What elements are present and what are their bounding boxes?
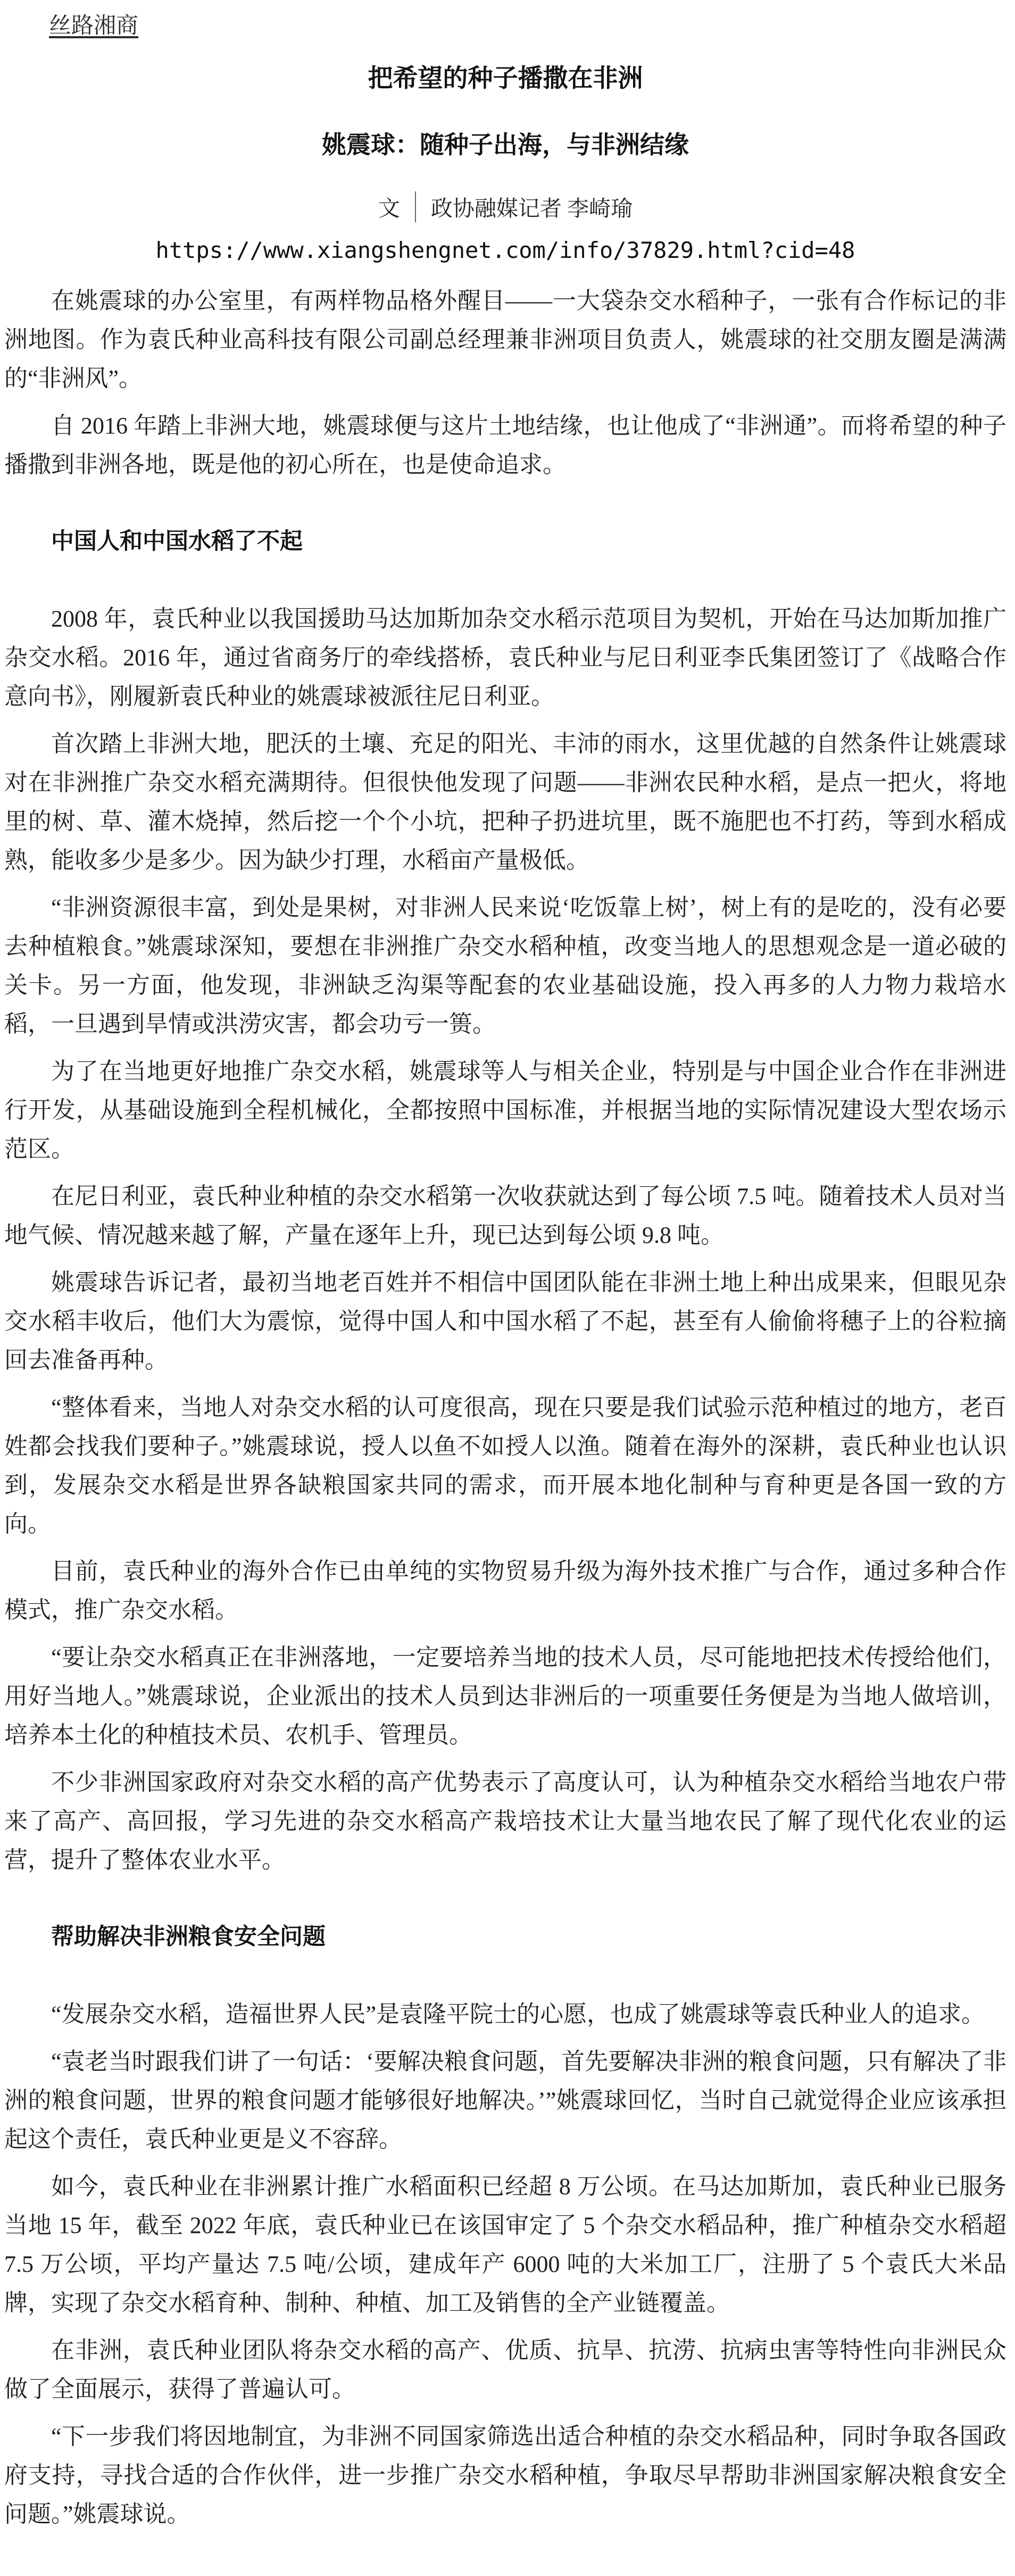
article-paragraph: “袁老当时跟我们讲了一句话：‘要解决粮食问题，首先要解决非洲的粮食问题，只有解决… [4,2042,1006,2159]
source-url[interactable]: https://www.xiangshengnet.com/info/37829… [4,237,1006,263]
article-paragraph: 不少非洲国家政府对杂交水稻的高产优势表示了高度认可，认为种植杂交水稻给当地农户带… [4,1763,1006,1879]
article-paragraph: “发展杂交水稻，造福世界人民”是袁隆平院士的心愿，也成了姚震球等袁氏种业人的追求… [4,1995,1006,2034]
brand-label: 丝路湘商 [49,13,138,39]
article-paragraph: 在尼日利亚，袁氏种业种植的杂交水稻第一次收获就达到了每公顷 7.5 吨。随着技术… [4,1177,1006,1254]
article-paragraph: 首次踏上非洲大地，肥沃的土壤、充足的阳光、丰沛的雨水，这里优越的自然条件让姚震球… [4,724,1006,880]
article-paragraph: “非洲资源很丰富，到处是果树，对非洲人民来说‘吃饭靠上树’，树上有的是吃的，没有… [4,888,1006,1043]
article-paragraph: “要让杂交水稻真正在非洲落地，一定要培养当地的技术人员，尽可能地把技术传授给他们… [4,1638,1006,1754]
byline-separator-bar [415,191,416,222]
article-paragraph: “下一步我们将因地制宜，为非洲不同国家筛选出适合种植的杂交水稻品种，同时争取各国… [4,2417,1006,2533]
article-paragraph: 为了在当地更好地推广杂交水稻，姚震球等人与相关企业，特别是与中国企业合作在非洲进… [4,1052,1006,1168]
section-heading: 中国人和中国水稻了不起 [4,522,1006,561]
article-title: 把希望的种子播撒在非洲 [4,64,1006,93]
byline-prefix: 文 [378,191,400,222]
article-paragraph: 目前，袁氏种业的海外合作已由单纯的实物贸易升级为海外技术推广与合作，通过多种合作… [4,1552,1006,1629]
byline: 文 政协融媒记者 李崎瑜 [4,191,1006,222]
article-subtitle: 姚震球：随种子出海，与非洲结缘 [4,131,1006,159]
byline-author: 政协融媒记者 李崎瑜 [431,191,633,222]
article-paragraph: 如今，袁氏种业在非洲累计推广水稻面积已经超 8 万公顷。在马达加斯加，袁氏种业已… [4,2167,1006,2322]
article-paragraph: 2008 年，袁氏种业以我国援助马达加斯加杂交水稻示范项目为契机，开始在马达加斯… [4,599,1006,716]
article-paragraph: 姚震球告诉记者，最初当地老百姓并不相信中国团队能在非洲土地上种出成果来，但眼见杂… [4,1263,1006,1379]
article-paragraph: 在姚震球的办公室里，有两样物品格外醒目——一大袋杂交水稻种子，一张有合作标记的非… [4,281,1006,398]
article-paragraph: 在非洲，袁氏种业团队将杂交水稻的高产、优质、抗旱、抗涝、抗病虫害等特性向非洲民众… [4,2331,1006,2408]
section-heading: 帮助解决非洲粮食安全问题 [4,1918,1006,1956]
article-paragraph: 自 2016 年踏上非洲大地，姚震球便与这片土地结缘，也让他成了“非洲通”。而将… [4,406,1006,484]
document-page: 丝路湘商 把希望的种子播撒在非洲 姚震球：随种子出海，与非洲结缘 文 政协融媒记… [0,0,1015,2576]
article-paragraph: “整体看来，当地人对杂交水稻的认可度很高，现在只要是我们试验示范种植过的地方，老… [4,1388,1006,1543]
article-body: 在姚震球的办公室里，有两样物品格外醒目——一大袋杂交水稻种子，一张有合作标记的非… [4,281,1006,2533]
